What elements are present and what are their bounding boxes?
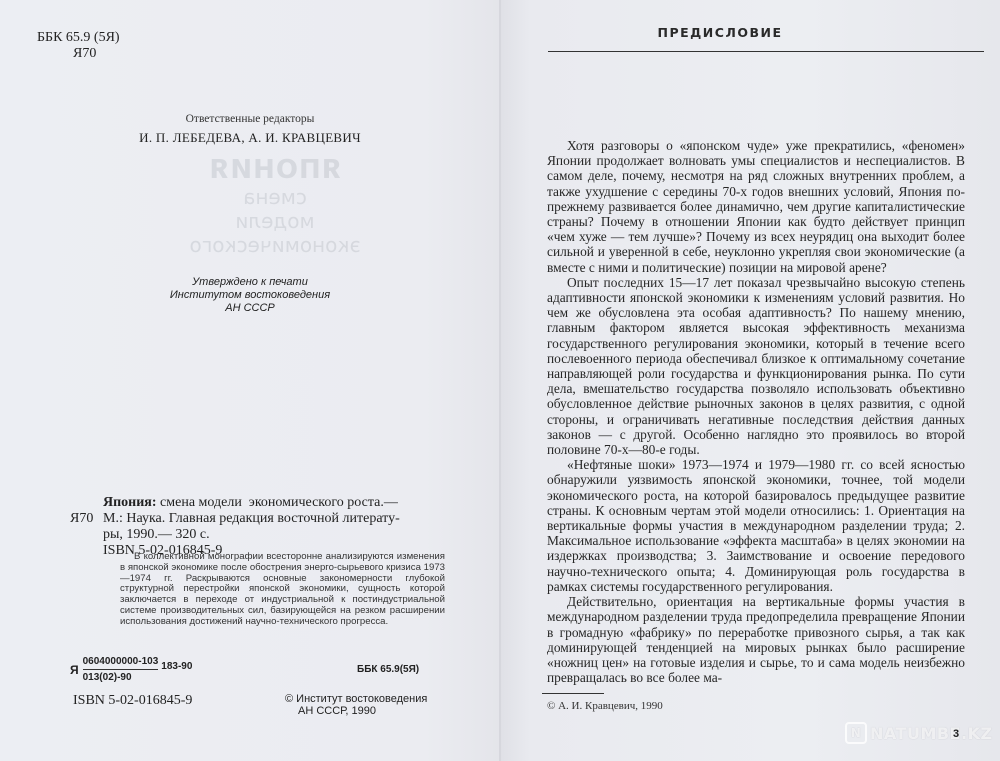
bbk-classification: ББК 65.9 (5Я) Я70	[37, 30, 120, 62]
bbk-code: ББК 65.9 (5Я)	[37, 30, 120, 45]
watermark-logo-icon: N	[845, 722, 867, 744]
catalog-title-rest: смена модели экономического роста.—	[157, 495, 398, 511]
imprint-code: Я 0604000000-103 013(02)-90 183-90	[70, 656, 192, 683]
paragraph: Опыт последних 15—17 лет показал чрезвыч…	[547, 275, 965, 457]
ghost-line: модели	[150, 209, 400, 233]
approval-line: АН СССР	[0, 302, 500, 315]
approval-note: Утверждено к печати Институтом востокове…	[0, 276, 500, 315]
page-number: 3	[953, 728, 959, 740]
copyright-line: © Институт востоковедения	[285, 693, 427, 705]
footnote-rule	[542, 693, 604, 694]
catalog-publisher-line: Я70 М.: Наука. Главная редакция восточно…	[70, 511, 450, 527]
book-spine	[499, 0, 501, 761]
chapter-heading: ПРЕДИСЛОВИЕ	[500, 25, 940, 40]
bbk-bottom: ББК 65.9(5Я)	[357, 664, 419, 675]
preface-body: Хотя разговоры о «японском чуде» уже пре…	[547, 138, 965, 685]
catalog-entry: Япония: смена модели экономического рост…	[70, 495, 450, 559]
catalog-code: Я70	[70, 511, 103, 527]
catalog-title-line: Япония: смена модели экономического рост…	[70, 495, 450, 511]
isbn-bottom: ISBN 5-02-016845-9	[73, 693, 192, 709]
catalog-pages: ры, 1990.— 320 с.	[70, 527, 450, 543]
author-copyright: © А. И. Кравцевич, 1990	[547, 700, 663, 712]
ghost-line: смена	[150, 185, 400, 209]
heading-rule	[548, 51, 984, 52]
approval-line: Утверждено к печати	[0, 276, 500, 289]
show-through-text: ЯПОНИЯ смена модели экономического	[150, 155, 400, 257]
abstract-text: В коллективной монографии всесторонне ан…	[120, 552, 445, 628]
approval-line: Институтом востоковедения	[0, 289, 500, 302]
editors-names: И. П. ЛЕБЕДЕВА, А. И. КРАВЦЕВИЧ	[0, 130, 500, 146]
paragraph: «Нефтяные шоки» 1973—1974 и 1979—1980 гг…	[547, 457, 965, 594]
abstract: В коллективной монографии всесторонне ан…	[120, 552, 445, 628]
catalog-publisher: М.: Наука. Главная редакция восточной ли…	[103, 511, 400, 527]
imprint-denominator: 013(02)-90	[83, 670, 159, 683]
imprint-fraction: 0604000000-103 013(02)-90	[83, 656, 159, 683]
paragraph: Действительно, ориентация на вертикальны…	[547, 594, 965, 685]
editors-label: Ответственные редакторы	[0, 113, 500, 125]
catalog-title: Япония:	[103, 495, 157, 511]
watermark: N NATUMBE.KZ	[845, 722, 993, 744]
left-page: ББК 65.9 (5Я) Я70 Ответственные редактор…	[0, 0, 500, 761]
institute-copyright: © Институт востоковедения АН СССР, 1990	[285, 693, 427, 717]
watermark-text: NATUMBE.KZ	[870, 724, 993, 743]
paragraph: Хотя разговоры о «японском чуде» уже пре…	[547, 138, 965, 275]
copyright-line: АН СССР, 1990	[285, 705, 427, 717]
imprint-tail: 183-90	[161, 661, 192, 672]
imprint-letter: Я	[70, 663, 79, 677]
ghost-line: экономического	[150, 233, 400, 257]
book-spread: ББК 65.9 (5Я) Я70 Ответственные редактор…	[0, 0, 1000, 761]
author-mark: Я70	[37, 46, 120, 62]
ghost-line: ЯПОНИЯ	[150, 155, 400, 185]
imprint-numerator: 0604000000-103	[83, 656, 159, 670]
